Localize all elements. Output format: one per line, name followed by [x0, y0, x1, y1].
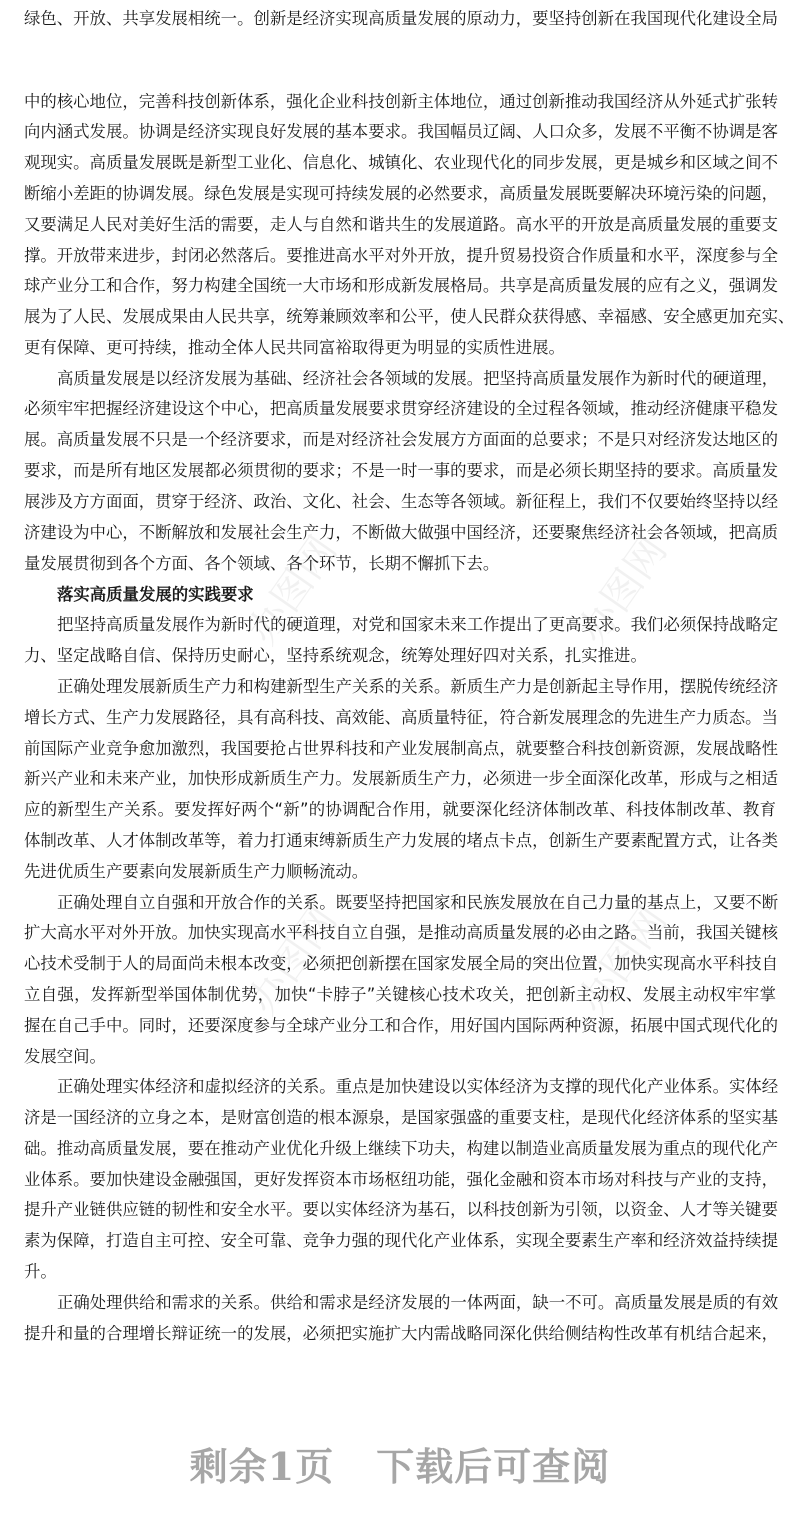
text-line: 必须牢牢把握经济建设这个中心，把高质量发展要求贯穿经济建设的全过程各领域，推动经…	[24, 393, 776, 424]
text-line: 正确处理实体经济和虚拟经济的关系。重点是加快建设以实体经济为支撑的现代化产业体系…	[57, 1071, 776, 1102]
text-line: 展。高质量发展不只是一个经济要求，而是对经济社会发展方方面面的总要求；不是只对经…	[24, 424, 776, 455]
text-line: 量发展贯彻到各个方面、各个领域、各个环节，长期不懈抓下去。	[24, 548, 776, 579]
download-prompt[interactable]: 剩余1页下载后可查阅	[0, 1436, 800, 1491]
section-heading: 落实高质量发展的实践要求	[57, 579, 800, 610]
text-line: 向内涵式发展。协调是经济实现良好发展的基本要求。我国幅员辽阔、人口众多，发展不平…	[24, 116, 776, 147]
text-line: 把坚持高质量发展作为新时代的硬道理，对党和国家未来工作提出了更高要求。我们必须保…	[57, 609, 776, 640]
text-line: 又要满足人民对美好生活的需要，走人与自然和谐共生的发展道路。高水平的开放是高质量…	[24, 209, 776, 240]
text-line: 素为保障，打造自主可控、安全可靠、竞争力强的现代化产业体系，实现全要素生产率和经…	[24, 1225, 776, 1256]
text-line: 心技术受制于人的局面尚未根本改变，必须把创新摆在国家发展全局的突出位置，加快实现…	[24, 948, 776, 979]
text-line: 增长方式、生产力发展路径，具有高科技、高效能、高质量特征，符合新发展理念的先进生…	[24, 702, 776, 733]
text-line: 断缩小差距的协调发展。绿色发展是实现可持续发展的必然要求，高质量发展既要解决环境…	[24, 178, 776, 209]
text-line: 要求，而是所有地区发展都必须贯彻的要求；不是一时一事的要求，而是必须长期坚持的要…	[24, 455, 776, 486]
text-line: 应的新型生产关系。要发挥好两个“新”的协调配合作用，就要深化经济体制改革、科技体…	[24, 794, 776, 825]
text-line: 济建设为中心，不断解放和发展社会生产力，不断做大做强中国经济，还要聚焦经济社会各…	[24, 517, 776, 548]
text-line: 扩大高水平对外开放。加快实现高水平科技自立自强，是推动高质量发展的必由之路。当前…	[24, 917, 776, 948]
text-line: 前国际产业竞争愈加激烈，我国要抢占世界科技和产业发展制高点，就要整合科技创新资源…	[24, 733, 776, 764]
text-line: 升。	[24, 1256, 776, 1287]
text-line: 更有保障、更可持续，推动全体人民共同富裕取得更为明显的实质性进展。	[24, 332, 776, 363]
text-line: 球产业分工和合作，努力构建全国统一大市场和形成新发展格局。共享是高质量发展的应有…	[24, 270, 776, 301]
text-line: 提升和量的合理增长辩证统一的发展，必须把实施扩大内需战略同深化供给侧结构性改革有…	[24, 1318, 776, 1349]
text-line: 正确处理发展新质生产力和构建新型生产关系的关系。新质生产力是创新起主导作用，摆脱…	[57, 671, 776, 702]
text-line: 握在自己手中。同时，还要深度参与全球产业分工和合作，用好国内国际两种资源，拓展中…	[24, 1010, 776, 1041]
text-line: 正确处理供给和需求的关系。供给和需求是经济发展的一体两面，缺一不可。高质量发展是…	[57, 1287, 776, 1318]
text-line: 立自强，发挥新型举国体制优势，加快“卡脖子”关键核心技术攻关，把创新主动权、发展…	[24, 979, 776, 1010]
text-line: 撑。开放带来进步，封闭必然落后。要推进高水平对外开放，提升贸易投资合作质量和水平…	[24, 240, 776, 271]
text-line: 先进优质生产要素向发展新质生产力顺畅流动。	[24, 856, 776, 887]
text-line: 体制改革、人才体制改革等，着力打通束缚新质生产力发展的堵点卡点，创新生产要素配置…	[24, 825, 776, 856]
text-line: 绿色、开放、共享发展相统一。创新是经济实现高质量发展的原动力，要坚持创新在我国现…	[24, 3, 776, 34]
text-line: 新兴产业和未来产业，加快形成新质生产力。发展新质生产力，必须进一步全面深化改革，…	[24, 763, 776, 794]
text-line: 正确处理自立自强和开放合作的关系。既要坚持把国家和民族发展放在自己力量的基点上，…	[57, 887, 776, 918]
text-line: 提升产业链供应链的韧性和安全水平。要以实体经济为基石，以科技创新为引领，以资金、…	[24, 1194, 776, 1225]
text-line: 展涉及方方面面，贯穿于经济、政治、文化、社会、生态等各领域。新征程上，我们不仅要…	[24, 486, 776, 517]
text-line: 中的核心地位，完善科技创新体系，强化企业科技创新主体地位，通过创新推动我国经济从…	[24, 86, 776, 117]
download-to-view-label[interactable]: 下载后可查阅	[376, 1444, 610, 1489]
text-line: 础。推动高质量发展，要在推动产业优化升级上继续下功夫，构建以制造业高质量发展为重…	[24, 1133, 776, 1164]
text-line: 观现实。高质量发展既是新型工业化、信息化、城镇化、农业现代化的同步发展，更是城乡…	[24, 147, 776, 178]
text-line: 展为了人民、发展成果由人民共享，统筹兼顾效率和公平，使人民群众获得感、幸福感、安…	[24, 301, 776, 332]
document-page: 办图网办图网办图网办图网 绿色、开放、共享发展相统一。创新是经济实现高质量发展的…	[0, 0, 800, 1540]
text-line: 高质量发展是以经济发展为基础、经济社会各领域的发展。把坚持高质量发展作为新时代的…	[57, 363, 776, 394]
text-line: 济是一国经济的立身之本，是财富创造的根本源泉，是国家强盛的重要支柱，是现代化经济…	[24, 1102, 776, 1133]
text-line: 发展空间。	[24, 1041, 776, 1072]
remaining-pages-label: 剩余1页	[190, 1444, 334, 1489]
text-line: 力、坚定战略自信、保持历史耐心，坚持系统观念，统筹处理好四对关系，扎实推进。	[24, 640, 776, 671]
text-line: 业体系。要加快建设金融强国，更好发挥资本市场枢纽功能，强化金融和资本市场对科技与…	[24, 1164, 776, 1195]
